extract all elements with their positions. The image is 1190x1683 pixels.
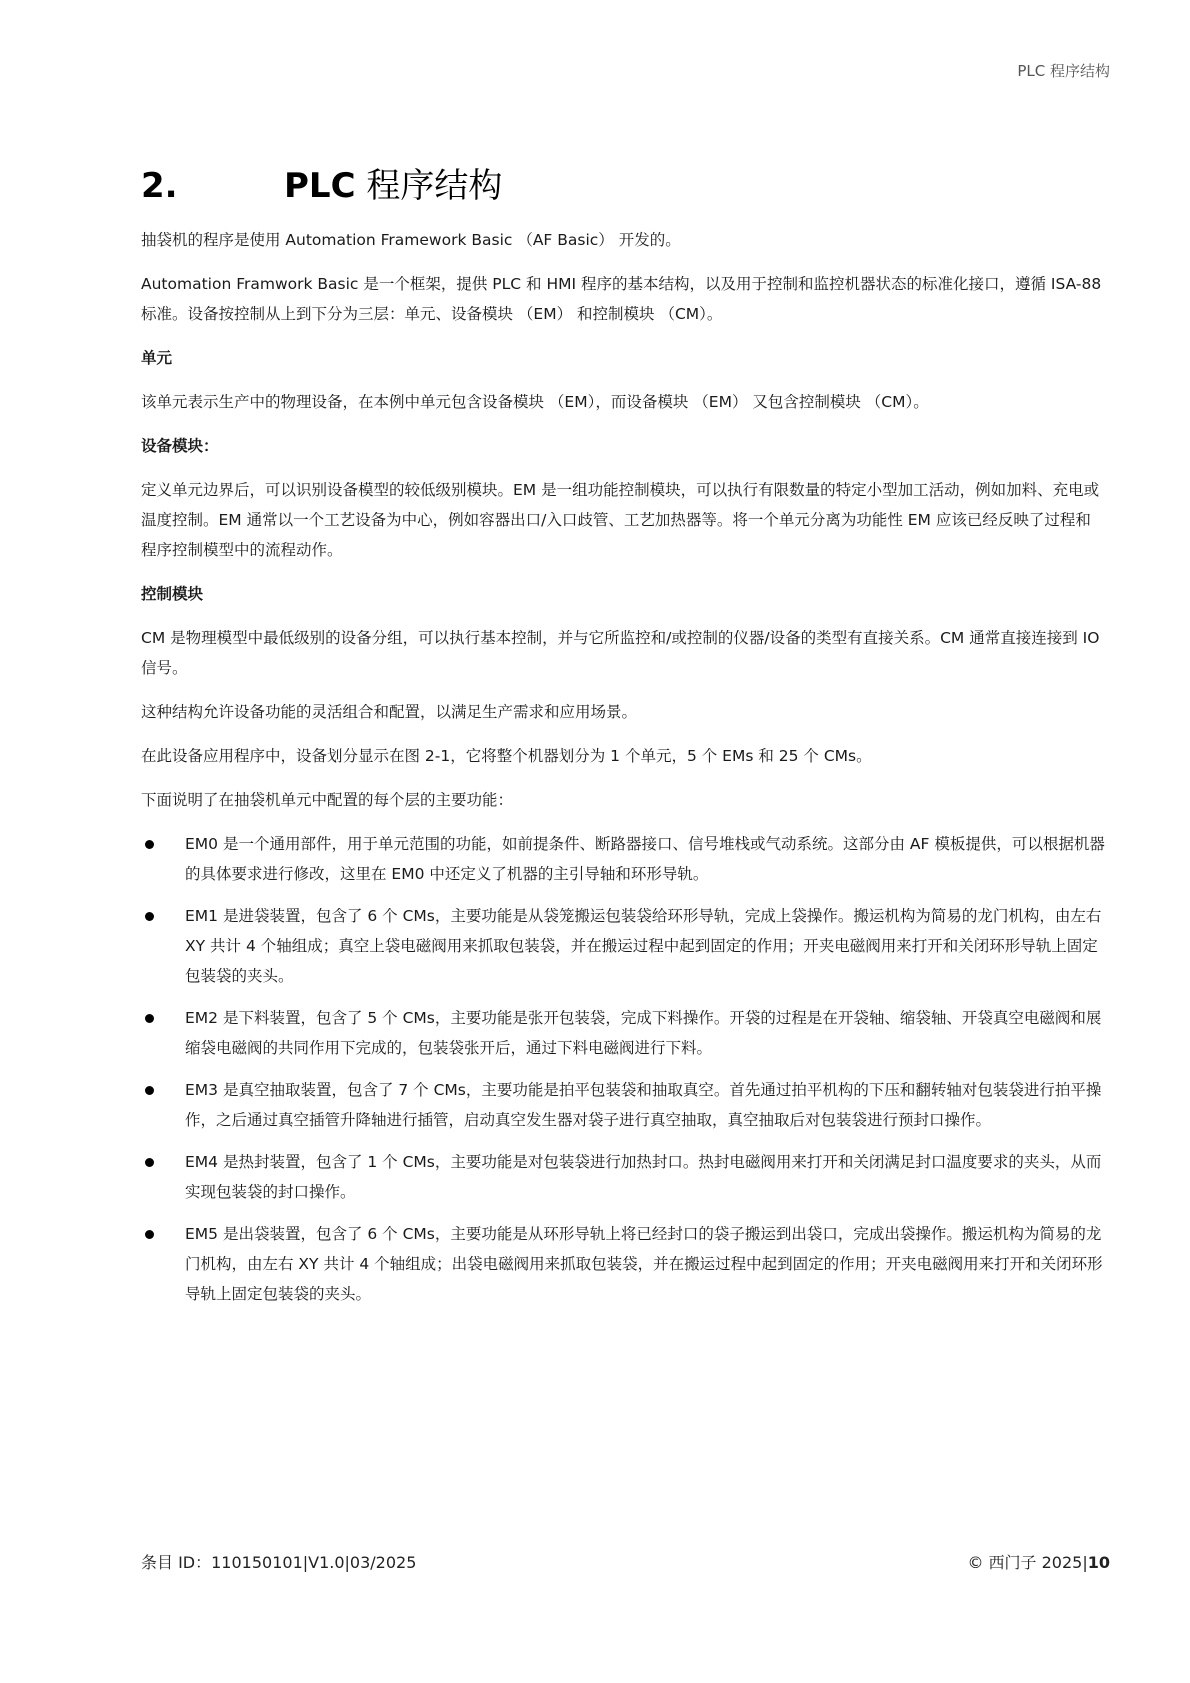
chapter-number: 2. — [141, 166, 284, 206]
section-body-control-module: CM 是物理模型中最低级别的设备分组，可以执行基本控制，并与它所监控和/或控制的… — [141, 623, 1106, 683]
framework-paragraph: Automation Framwork Basic 是一个框架，提供 PLC 和… — [141, 269, 1106, 329]
list-item-text: EM1 是进袋装置，包含了 6 个 CMs，主要功能是从袋笼搬运包装袋给环形导轨… — [185, 907, 1101, 985]
section-body-unit: 该单元表示生产中的物理设备，在本例中单元包含设备模块 （EM），而设备模块 （E… — [141, 387, 1106, 417]
list-item-text: EM0 是一个通用部件，用于单元范围的功能，如前提条件、断路器接口、信号堆栈或气… — [185, 835, 1105, 883]
em-bullet-list: EM0 是一个通用部件，用于单元范围的功能，如前提条件、断路器接口、信号堆栈或气… — [141, 829, 1106, 1309]
flexibility-paragraph: 这种结构允许设备功能的灵活组合和配置，以满足生产需求和应用场景。 — [141, 697, 1106, 727]
page-number: 10 — [1088, 1553, 1110, 1572]
bullet-icon — [145, 1158, 154, 1167]
footer-entry-id: 条目 ID：110150101|V1.0|03/2025 — [141, 1550, 416, 1573]
list-item-em3: EM3 是真空抽取装置，包含了 7 个 CMs，主要功能是拍平包装袋和抽取真空。… — [141, 1075, 1106, 1135]
list-item-em5: EM5 是出袋装置，包含了 6 个 CMs，主要功能是从环形导轨上将已经封口的袋… — [141, 1219, 1106, 1309]
list-item-em4: EM4 是热封装置，包含了 1 个 CMs，主要功能是对包装袋进行加热封口。热封… — [141, 1147, 1106, 1207]
copyright-text: © 西门子 2025| — [967, 1553, 1087, 1572]
list-item-text: EM3 是真空抽取装置，包含了 7 个 CMs，主要功能是拍平包装袋和抽取真空。… — [185, 1081, 1101, 1129]
intro-paragraph: 抽袋机的程序是使用 Automation Framework Basic （AF… — [141, 225, 1106, 255]
footer-copyright: © 西门子 2025|10 — [967, 1550, 1110, 1573]
division-paragraph: 在此设备应用程序中，设备划分显示在图 2-1，它将整个机器划分为 1 个单元，5… — [141, 741, 1106, 771]
bullet-icon — [145, 1230, 154, 1239]
functions-intro-paragraph: 下面说明了在抽袋机单元中配置的每个层的主要功能： — [141, 785, 1106, 815]
bullet-icon — [145, 912, 154, 921]
chapter-title: 2. PLC 程序结构 — [141, 158, 1106, 207]
list-item-text: EM2 是下料装置，包含了 5 个 CMs，主要功能是张开包装袋，完成下料操作。… — [185, 1009, 1101, 1057]
list-item-text: EM5 是出袋装置，包含了 6 个 CMs，主要功能是从环形导轨上将已经封口的袋… — [185, 1225, 1103, 1303]
list-item-em2: EM2 是下料装置，包含了 5 个 CMs，主要功能是张开包装袋，完成下料操作。… — [141, 1003, 1106, 1063]
list-item-em0: EM0 是一个通用部件，用于单元范围的功能，如前提条件、断路器接口、信号堆栈或气… — [141, 829, 1106, 889]
list-item-text: EM4 是热封装置，包含了 1 个 CMs，主要功能是对包装袋进行加热封口。热封… — [185, 1153, 1101, 1201]
bullet-icon — [145, 1014, 154, 1023]
running-header: PLC 程序结构 — [1017, 60, 1110, 81]
chapter-title-latin: PLC — [284, 166, 356, 206]
bullet-icon — [145, 840, 154, 849]
chapter-title-cjk: 程序结构 — [356, 166, 503, 206]
section-heading-unit: 单元 — [141, 343, 1106, 373]
list-item-em1: EM1 是进袋装置，包含了 6 个 CMs，主要功能是从袋笼搬运包装袋给环形导轨… — [141, 901, 1106, 991]
page-content: 2. PLC 程序结构 抽袋机的程序是使用 Automation Framewo… — [141, 158, 1106, 1321]
section-body-equipment-module: 定义单元边界后，可以识别设备模型的较低级别模块。EM 是一组功能控制模块，可以执… — [141, 475, 1106, 565]
bullet-icon — [145, 1086, 154, 1095]
section-heading-control-module: 控制模块 — [141, 579, 1106, 609]
section-heading-equipment-module: 设备模块： — [141, 431, 1106, 461]
chapter-title-text: PLC 程序结构 — [284, 158, 502, 207]
